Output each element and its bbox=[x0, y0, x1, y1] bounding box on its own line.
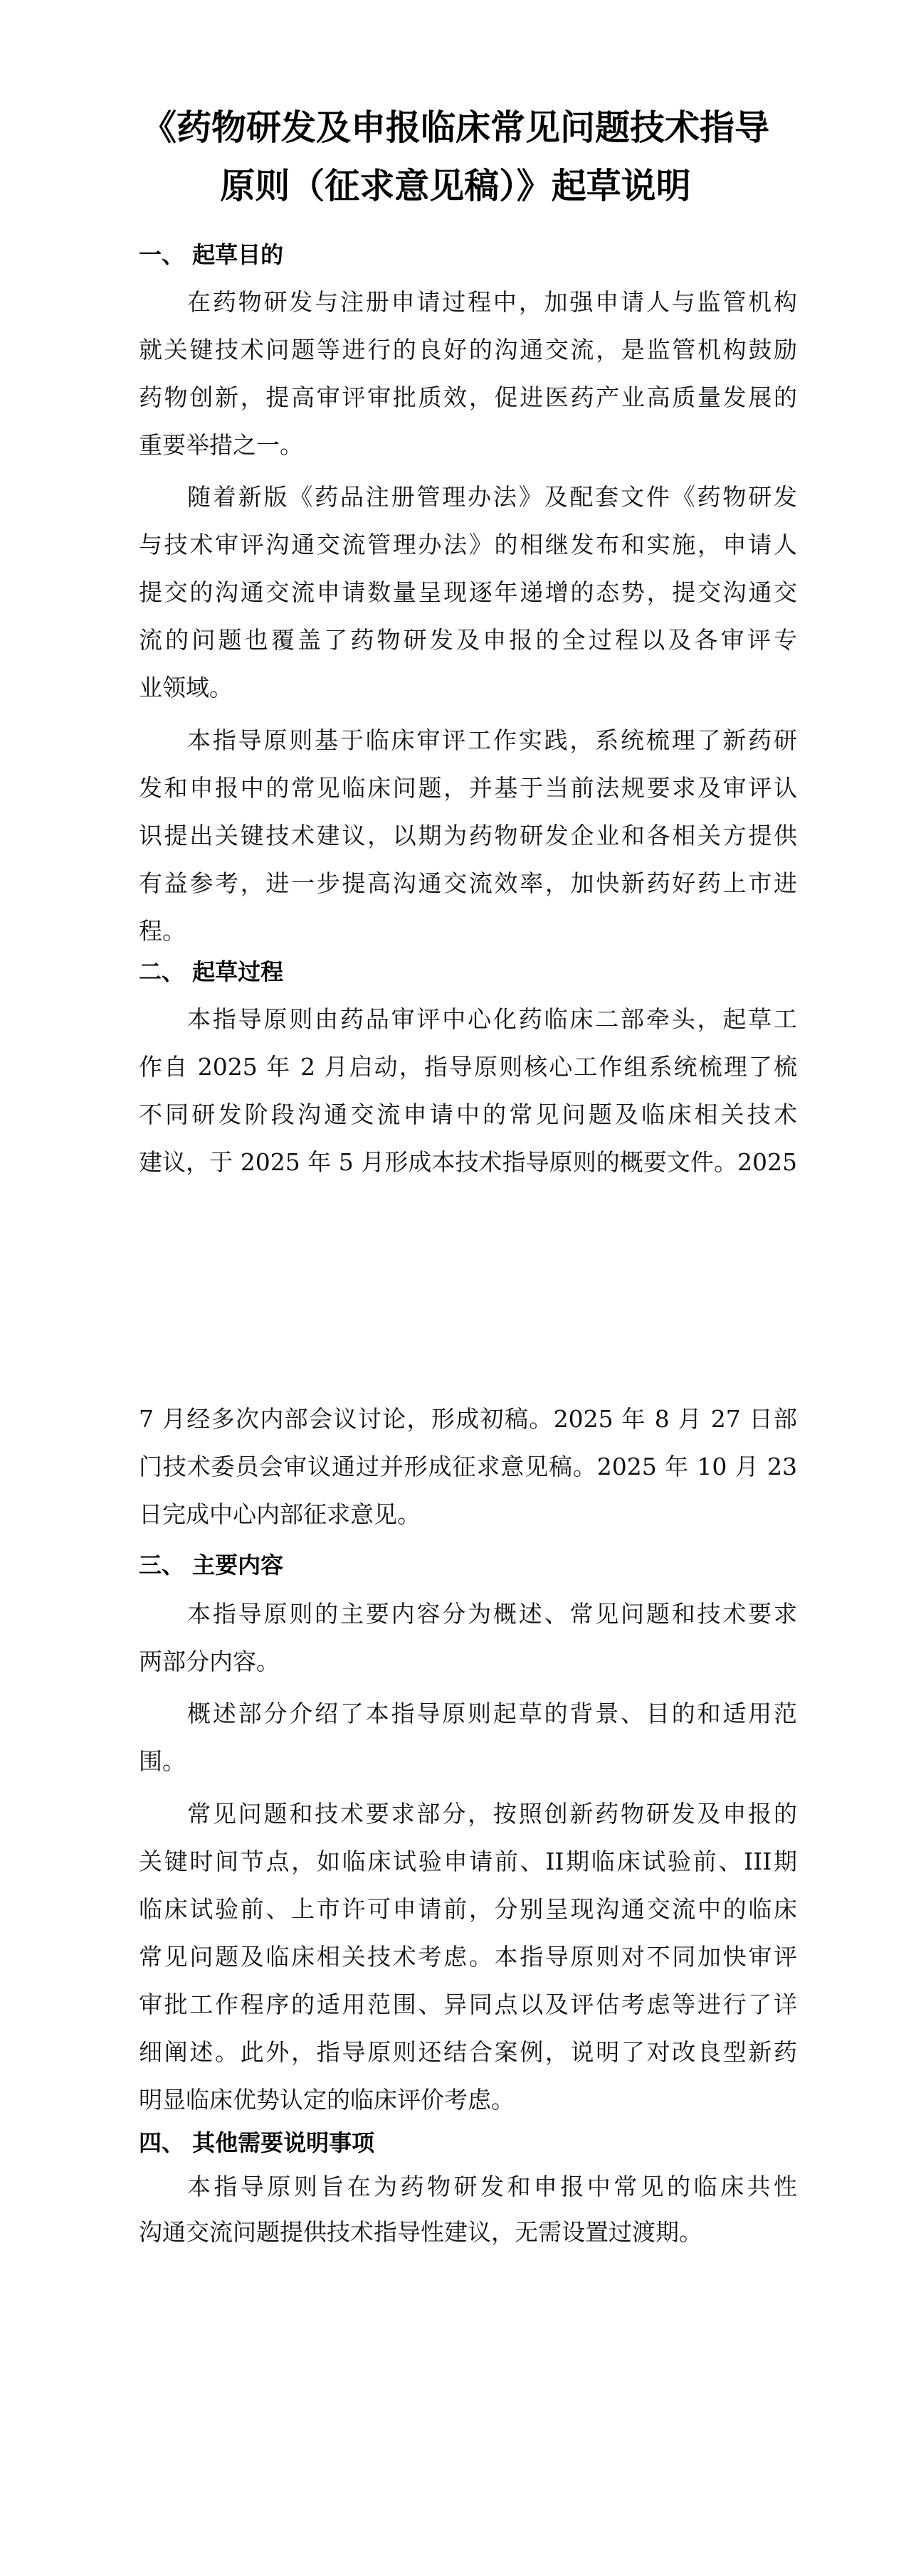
paragraph-line: 建议，于 2025 年 5 月形成本技术指导原则的概要文件。2025 bbox=[139, 1147, 797, 1178]
paragraph-line: 7 月经多次内部会议讨论，形成初稿。2025 年 8 月 27 日部 bbox=[139, 1404, 797, 1435]
paragraph-line: 围。 bbox=[139, 1746, 797, 1777]
paragraph-line: 随着新版《药品注册管理办法》及配套文件《药物研发 bbox=[187, 482, 797, 513]
section-heading-process: 二、 起草过程 bbox=[139, 958, 283, 986]
paragraph-line: 作自 2025 年 2 月启动，指导原则核心工作组系统梳理了梳 bbox=[139, 1051, 797, 1083]
paragraph-line: 识提出关键技术建议，以期为药物研发企业和各相关方提供 bbox=[139, 820, 797, 852]
paragraph-line: 与技术审评沟通交流管理办法》的相继发布和实施，申请人 bbox=[139, 529, 797, 561]
document-title-line-2: 原则（征求意见稿）》起草说明 bbox=[0, 165, 911, 208]
paragraph-line: 概述部分介绍了本指导原则起草的背景、目的和适用范 bbox=[187, 1698, 797, 1729]
paragraph-line: 审批工作程序的适用范围、异同点以及评估考虑等进行了详 bbox=[139, 1989, 797, 2020]
paragraph-line: 门技术委员会审议通过并形成征求意见稿。2025 年 10 月 23 bbox=[139, 1451, 797, 1483]
paragraph-line: 明显临床优势认定的临床评价考虑。 bbox=[139, 2084, 797, 2116]
paragraph-line: 关键时间节点，如临床试验申请前、II期临床试验前、III期 bbox=[139, 1846, 797, 1877]
paragraph-line: 沟通交流问题提供技术指导性建议，无需设置过渡期。 bbox=[139, 2217, 797, 2248]
paragraph-line: 有益参考，进一步提高沟通交流效率，加快新药好药上市进 bbox=[139, 868, 797, 899]
paragraph-line: 就关键技术问题等进行的良好的沟通交流，是监管机构鼓励 bbox=[139, 334, 797, 366]
paragraph-line: 不同研发阶段沟通交流申请中的常见问题及临床相关技术 bbox=[139, 1099, 797, 1130]
paragraph-line: 本指导原则的主要内容分为概述、常见问题和技术要求 bbox=[187, 1599, 797, 1630]
paragraph-line: 细阐述。此外，指导原则还结合案例，说明了对改良型新药 bbox=[139, 2037, 797, 2068]
paragraph-line: 常见问题和技术要求部分，按照创新药物研发及申报的 bbox=[187, 1798, 797, 1830]
paragraph-line: 业领域。 bbox=[139, 672, 797, 704]
paragraph-line: 本指导原则由药品审评中心化药临床二部牵头，起草工 bbox=[187, 1004, 797, 1035]
document-title-line-1: 《药物研发及申报临床常见问题技术指导 bbox=[0, 107, 911, 149]
section-heading-purpose: 一、 起草目的 bbox=[139, 240, 283, 269]
paragraph-line: 临床试验前、上市许可申请前，分别呈现沟通交流中的临床 bbox=[139, 1894, 797, 1925]
paragraph-line: 程。 bbox=[139, 916, 797, 947]
paragraph-line: 本指导原则旨在为药物研发和申报中常见的临床共性 bbox=[187, 2171, 797, 2203]
paragraph-line: 流的问题也覆盖了药物研发及申报的全过程以及各审评专 bbox=[139, 625, 797, 656]
section-heading-other-notes: 四、 其他需要说明事项 bbox=[139, 2129, 374, 2157]
paragraph-line: 提交的沟通交流申请数量呈现逐年递增的态势，提交沟通交 bbox=[139, 577, 797, 608]
paragraph-line: 重要举措之一。 bbox=[139, 430, 797, 461]
paragraph-line: 药物创新，提高审评审批质效，促进医药产业高质量发展的 bbox=[139, 382, 797, 413]
paragraph-line: 在药物研发与注册申请过程中，加强申请人与监管机构 bbox=[187, 287, 797, 318]
paragraph-line: 本指导原则基于临床审评工作实践，系统梳理了新药研 bbox=[187, 725, 797, 756]
paragraph-line: 发和申报中的常见临床问题，并基于当前法规要求及审评认 bbox=[139, 773, 797, 804]
paragraph-line: 常见问题及临床相关技术考虑。本指导原则对不同加快审评 bbox=[139, 1941, 797, 1973]
section-heading-main-content: 三、 主要内容 bbox=[139, 1551, 283, 1579]
paragraph-line: 两部分内容。 bbox=[139, 1646, 797, 1677]
paragraph-line: 日完成中心内部征求意见。 bbox=[139, 1499, 797, 1530]
